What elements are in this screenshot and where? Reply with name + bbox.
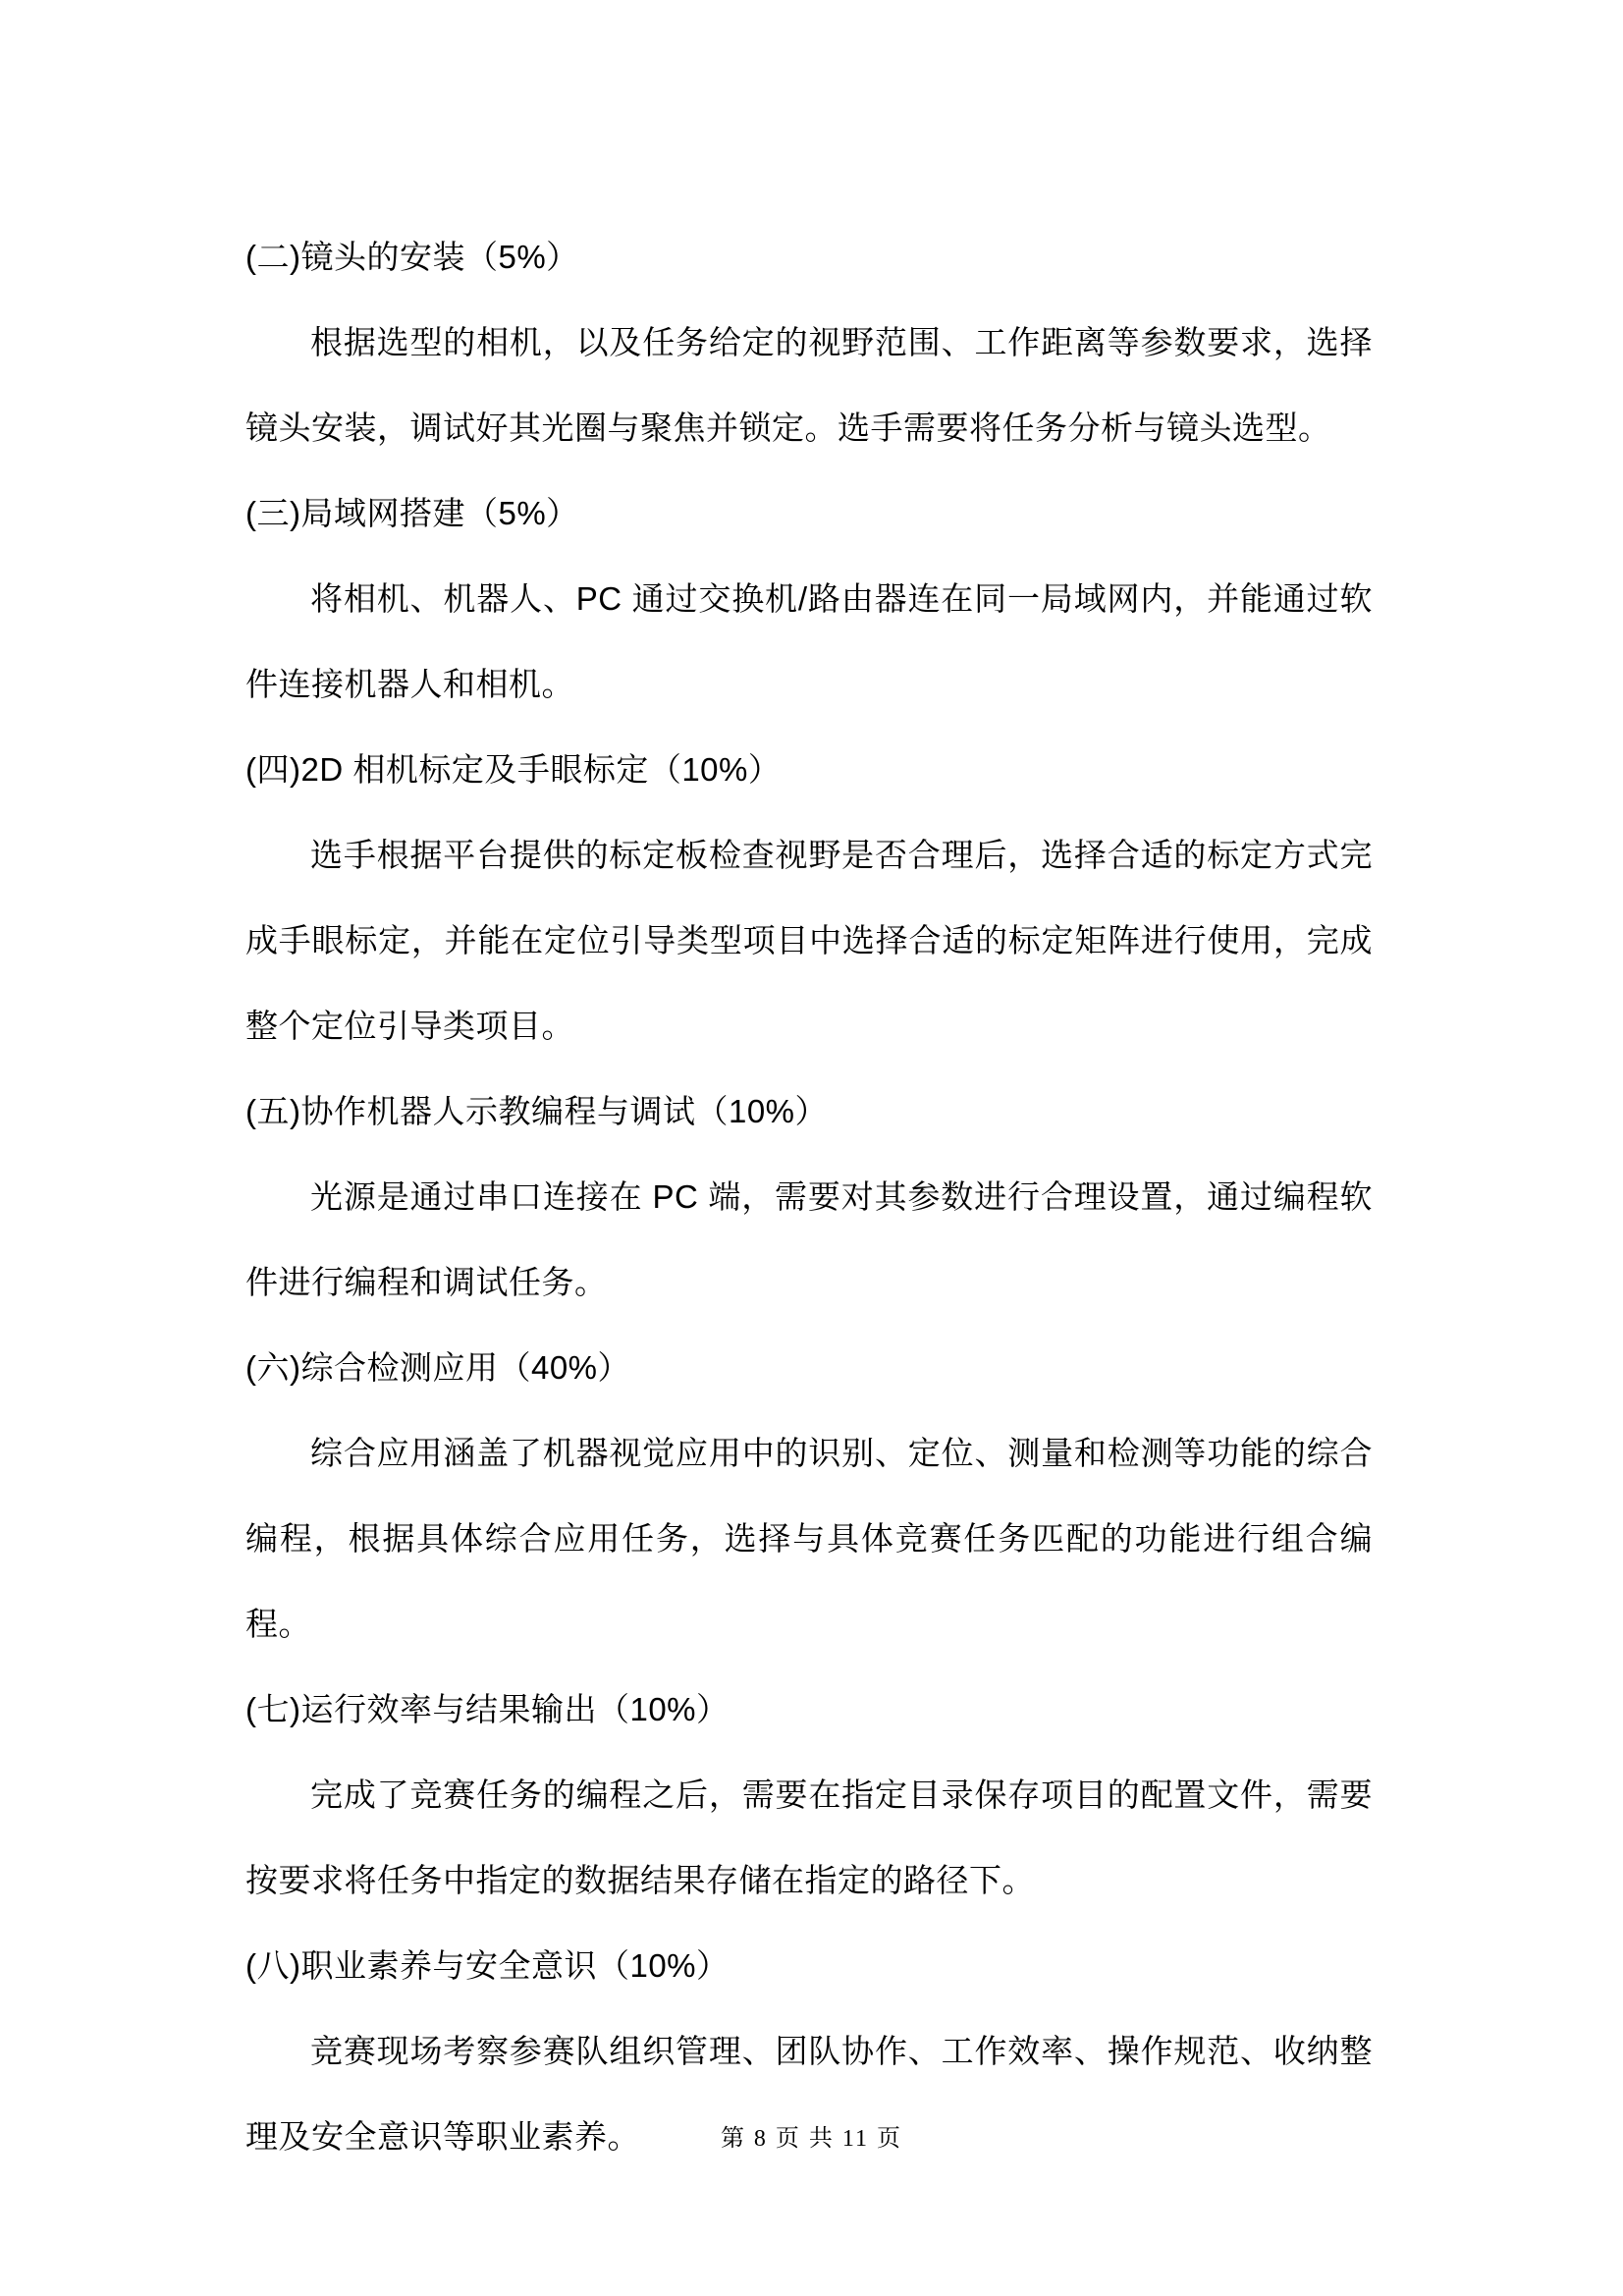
section-paragraph: 完成了竞赛任务的编程之后，需要在指定目录保存项目的配置文件，需要按要求将任务中指… [245,1752,1373,1923]
section: (四)2D 相机标定及手眼标定（10%） 选手根据平台提供的标定板检查视野是否合… [245,727,1373,1068]
section-heading: (四)2D 相机标定及手眼标定（10%） [245,727,1373,812]
page-footer: 第 8 页 共 11 页 [0,2121,1623,2157]
section-heading: (五)协作机器人示教编程与调试（10%） [245,1068,1373,1154]
section-heading: (二)镜头的安装（5%） [245,214,1373,300]
section: (六)综合检测应用（40%） 综合应用涵盖了机器视觉应用中的识别、定位、测量和检… [245,1325,1373,1667]
section-paragraph: 光源是通过串口连接在 PC 端，需要对其参数进行合理设置，通过编程软件进行编程和… [245,1154,1373,1325]
section: (二)镜头的安装（5%） 根据选型的相机，以及任务给定的视野范围、工作距离等参数… [245,214,1373,470]
section-heading: (六)综合检测应用（40%） [245,1325,1373,1410]
section-paragraph: 选手根据平台提供的标定板检查视野是否合理后，选择合适的标定方式完成手眼标定，并能… [245,812,1373,1068]
section-paragraph: 综合应用涵盖了机器视觉应用中的识别、定位、测量和检测等功能的综合编程，根据具体综… [245,1410,1373,1667]
section: (七)运行效率与结果输出（10%） 完成了竞赛任务的编程之后，需要在指定目录保存… [245,1667,1373,1923]
section-heading: (三)局域网搭建（5%） [245,470,1373,556]
section: (三)局域网搭建（5%） 将相机、机器人、PC 通过交换机/路由器连在同一局域网… [245,470,1373,727]
document-page: (二)镜头的安装（5%） 根据选型的相机，以及任务给定的视野范围、工作距离等参数… [0,0,1623,2296]
section-paragraph: 将相机、机器人、PC 通过交换机/路由器连在同一局域网内，并能通过软件连接机器人… [245,556,1373,727]
section-heading: (八)职业素养与安全意识（10%） [245,1923,1373,2008]
section-paragraph: 根据选型的相机，以及任务给定的视野范围、工作距离等参数要求，选择镜头安装，调试好… [245,300,1373,470]
section: (五)协作机器人示教编程与调试（10%） 光源是通过串口连接在 PC 端，需要对… [245,1068,1373,1325]
section-heading: (七)运行效率与结果输出（10%） [245,1667,1373,1752]
page-number: 第 8 页 共 11 页 [721,2126,902,2152]
document-body: (二)镜头的安装（5%） 根据选型的相机，以及任务给定的视野范围、工作距离等参数… [245,214,1373,2179]
